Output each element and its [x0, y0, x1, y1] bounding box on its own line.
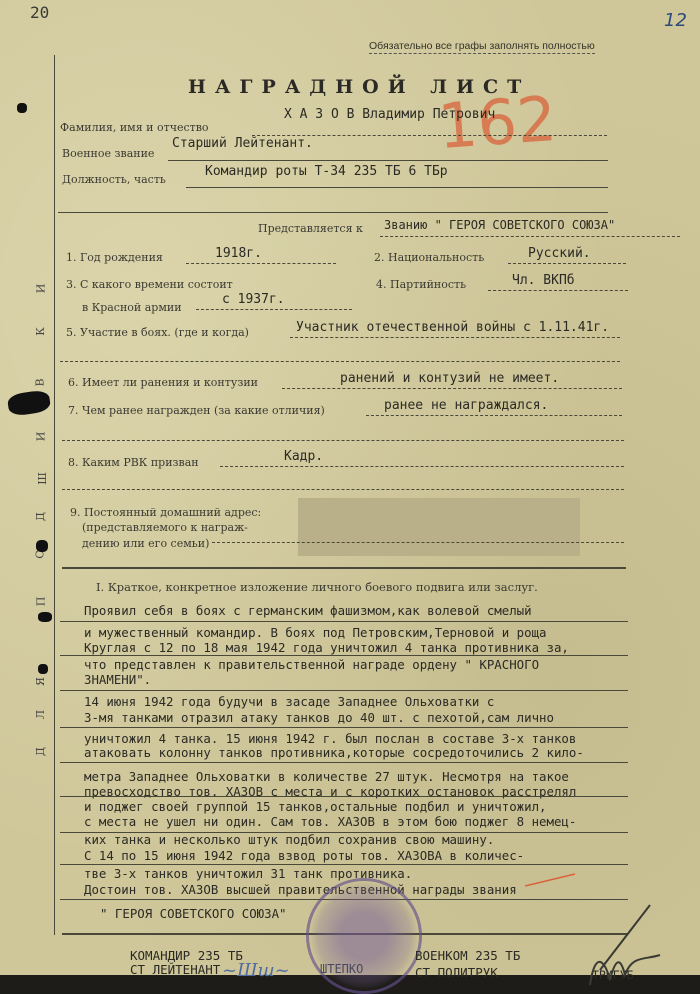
service-since-value: с 1937г. [222, 292, 285, 307]
fill-notice: Обязательно все графы заполнять полность… [369, 40, 595, 54]
wounds-label: 6. Имеет ли ранения и контузии [68, 376, 258, 389]
full-name-label: Фамилия, имя и отчество [60, 121, 209, 134]
commander-name: ШТЕПКО [320, 962, 363, 976]
narrative-line: метра Западнее Ольховатки в количестве 2… [84, 769, 569, 784]
narrative-rule [60, 655, 628, 656]
narrative-rule [60, 621, 628, 622]
narrative-line: ких танка и несколько штук подбил сохран… [84, 832, 494, 847]
margin-letter: Д [34, 512, 47, 521]
rvk-underline [220, 466, 624, 467]
nationality-label: 2. Национальность [374, 251, 484, 264]
rank-label: Военное звание [62, 147, 154, 160]
red-pencil-mark [520, 870, 580, 890]
redacted-address [298, 498, 580, 556]
punch-hole [38, 612, 52, 622]
battles-value: Участник отечественной войны с 1.11.41г. [296, 320, 609, 335]
presented-underline [380, 236, 680, 237]
narrative-line: Проявил себя в боях с германским фашизмо… [84, 603, 532, 618]
party-label: 4. Партийность [376, 278, 466, 291]
margin-letter: Я [34, 677, 47, 686]
narrative-line: атаковать колонну танков противника,кото… [84, 745, 584, 760]
margin-letter: Л [34, 710, 47, 719]
party-underline [488, 290, 628, 291]
narrative-line: Круглая с 12 по 18 мая 1942 года уничтож… [84, 640, 569, 655]
narrative-line: ЗНАМЕНИ". [84, 672, 151, 687]
corner-page-number: 20 [30, 3, 49, 22]
narrative-line: С 14 по 15 июня 1942 года взвод роты тов… [84, 848, 524, 863]
narrative-line: 3-мя танками отразил атаку танков до 40 … [84, 710, 554, 725]
narrative-line: уничтожил 4 танка. 15 июня 1942 г. был п… [84, 731, 576, 746]
presented-label: Представляется к [258, 222, 363, 235]
address-label-1: 9. Постоянный домашний адрес: [70, 506, 261, 519]
red-pencil-number: 162 [436, 82, 559, 163]
birth-year-underline [186, 263, 336, 264]
commissar-rank: СТ ПОЛИТРУК [415, 965, 498, 980]
narrative-line: Достоин тов. ХАЗОВ высшей правительствен… [84, 882, 517, 897]
narrative-rule [60, 796, 628, 797]
margin-letter: К [34, 327, 47, 336]
archive-page-number: 12 [664, 10, 687, 31]
battles-extra-line [60, 361, 620, 362]
wounds-value: ранений и контузий не имеет. [340, 371, 559, 386]
rank-value: Старший Лейтенант. [172, 136, 313, 151]
narrative-rule [60, 762, 628, 763]
awards-extra-line [62, 440, 624, 441]
service-since-underline [196, 309, 352, 310]
rvk-label: 8. Каким РВК призван [68, 456, 199, 469]
left-frame-line [54, 55, 55, 935]
blank-line [58, 212, 608, 213]
nationality-value: Русский. [528, 246, 591, 261]
punch-hole [36, 540, 48, 552]
service-since-label-1: 3. С какого времени состоит [66, 278, 233, 291]
margin-letter: Д [34, 747, 47, 756]
awards-underline [366, 415, 622, 416]
address-label-2: (представляемого к награж- [82, 521, 248, 534]
margin-letter: В [34, 378, 47, 386]
position-underline [186, 187, 608, 188]
section-heading: I. Краткое, конкретное изложение личного… [96, 580, 538, 594]
commissar-signature [560, 900, 670, 990]
wounds-underline [282, 388, 622, 389]
address-underline [212, 542, 624, 543]
margin-letter: И [34, 284, 47, 294]
birth-year-value: 1918г. [215, 246, 262, 261]
service-since-label-2: в Красной армии [82, 301, 182, 314]
presented-value: Званию " ГЕРОЯ СОВЕТСКОГО СОЮЗА" [384, 218, 615, 232]
narrative-rule [60, 727, 628, 728]
margin-letter: П [34, 597, 47, 607]
narrative-rule [60, 690, 628, 691]
narrative-line: с места не ушел ни один. Сам тов. ХАЗОВ … [84, 814, 576, 829]
commander-rank: СТ ЛЕЙТЕНАНТ [130, 962, 220, 977]
narrative-line: 14 июня 1942 года будучи в засаде Западн… [84, 694, 494, 709]
party-value: Чл. ВКПб [512, 273, 575, 288]
punch-hole [17, 103, 27, 113]
rvk-extra-line [62, 489, 624, 490]
commander-signature: ~Шш~ [222, 960, 290, 981]
nationality-underline [508, 263, 626, 264]
section-divider [62, 567, 626, 569]
position-label: Должность, часть [62, 173, 166, 186]
margin-letter: И [34, 432, 47, 442]
full-name-value: Х А З О В Владимир Петрович [284, 107, 495, 122]
narrative-line: и мужественный командир. В боях под Петр… [84, 625, 547, 640]
rvk-value: Кадр. [284, 449, 323, 464]
narrative-line: что представлен к правительственной нагр… [84, 657, 539, 672]
margin-letter: Ш [36, 472, 49, 485]
awards-value: ранее не награждался. [384, 398, 548, 413]
narrative-line: и поджег своей группой 15 танков,остальн… [84, 799, 547, 814]
birth-year-label: 1. Год рождения [66, 251, 163, 264]
awards-label: 7. Чем ранее награжден (за какие отличия… [68, 404, 325, 417]
battles-label: 5. Участие в боях. (где и когда) [66, 326, 249, 339]
position-value: Командир роты Т-34 235 ТБ 6 ТБр [205, 164, 448, 179]
address-label-3: дению или его семьи) [82, 537, 209, 550]
punch-hole [38, 664, 48, 674]
commissar-title: ВОЕНКОМ 235 ТБ [415, 948, 520, 963]
battles-underline [290, 337, 620, 338]
rank-underline [168, 160, 608, 161]
narrative-line: " ГЕРОЯ СОВЕТСКОГО СОЮЗА" [100, 906, 287, 921]
narrative-rule [60, 864, 628, 865]
